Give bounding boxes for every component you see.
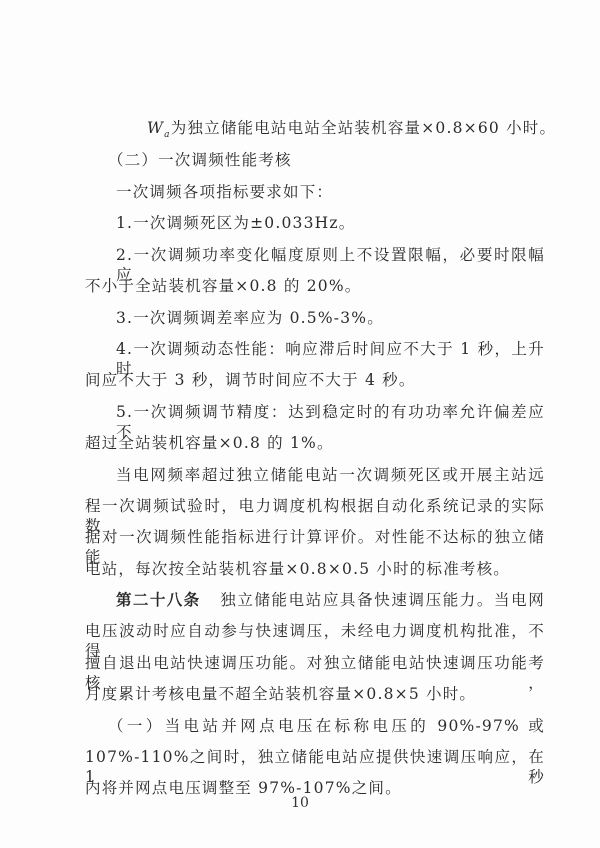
sub-item-1-line-1: （一）当电站并网点电压在标称电压的 90%-97% 或	[108, 716, 545, 736]
paragraph-line: 当电网频率超过独立储能电站一次调频死区或开展主站远	[116, 465, 545, 485]
wa-definition-line: Wa为独立储能电站电站全站装机容量×0.8×60 小时。	[147, 118, 600, 145]
page-number: 10	[0, 795, 600, 811]
document-page: Wa为独立储能电站电站全站装机容量×0.8×60 小时。 （二）一次调频性能考核…	[0, 0, 600, 848]
list-item-2-line-2: 不小于全站装机容量×0.8 的 20%。	[85, 276, 545, 296]
list-item-4-line-2: 间应不大于 3 秒，调节时间应不大于 4 秒。	[85, 370, 545, 390]
section-heading: （二）一次调频性能考核	[108, 150, 568, 170]
list-item-3: 3.一次调频调差率应为 0.5%-3%。	[116, 308, 576, 328]
article-28-line-4: 月度累计考核电量不超全站装机容量×0.8×5 小时。	[85, 684, 545, 704]
paragraph-line: 电站，每次按全站装机容量×0.8×0.5 小时的标准考核。	[85, 559, 545, 579]
article-number: 第二十八条	[116, 591, 201, 609]
list-item-5-line-2: 超过全站装机容量×0.8 的 1%。	[85, 433, 545, 453]
article-28-line-1: 第二十八条 独立储能电站应具备快速调压能力。当电网	[116, 590, 545, 610]
requirements-intro: 一次调频各项指标要求如下：	[116, 182, 576, 202]
wa-symbol: Wa	[147, 119, 171, 137]
list-item-1: 1.一次调频死区为±0.033Hz。	[116, 213, 576, 233]
